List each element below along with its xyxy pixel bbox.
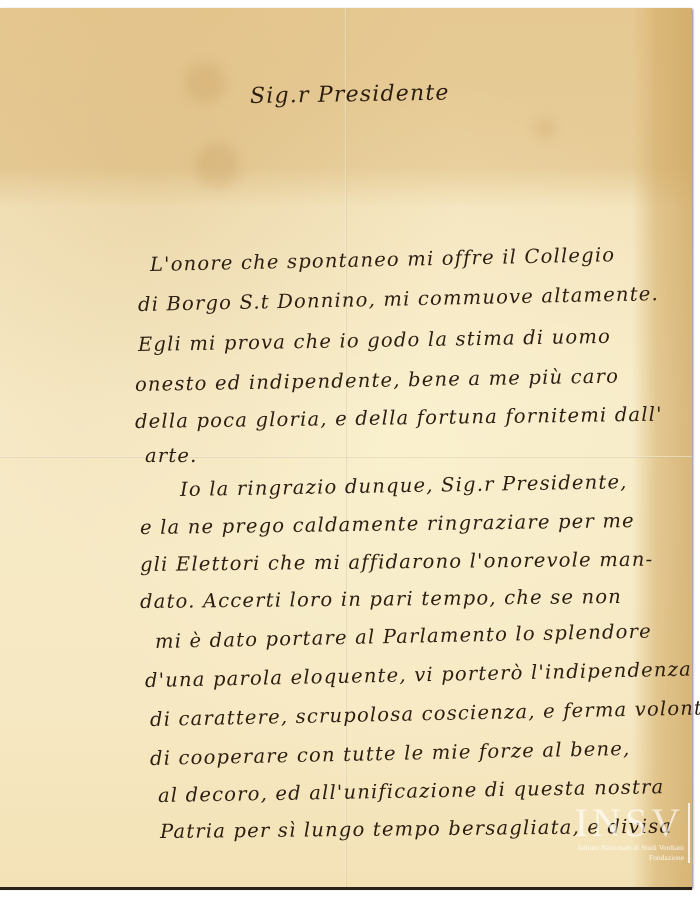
letter-line: mi è dato portare al Parlamento lo splen…: [155, 620, 652, 653]
letter-line: Io la ringrazio dunque, Sig.r Presidente…: [180, 470, 628, 501]
paper-stain: [185, 63, 225, 103]
letter-page: Sig.r Presidente L'onore che spontaneo m…: [0, 8, 692, 888]
letter-line: di carattere, scrupolosa coscienza, e fe…: [150, 696, 700, 731]
salutation: Sig.r Presidente: [250, 81, 450, 109]
paper-stain: [535, 118, 555, 138]
letter-line: onesto ed indipendente, bene a me più ca…: [135, 365, 619, 396]
letter-line: Egli mi prova che io godo la stima di uo…: [138, 325, 611, 356]
letter-line: della poca gloria, e della fortuna forni…: [135, 403, 663, 433]
horizontal-fold-crease: [0, 456, 692, 458]
paper-stain: [195, 143, 240, 188]
letter-line: gli Elettori che mi affidarono l'onorevo…: [140, 548, 654, 576]
letter-line: d'una parola eloquente, vi porterò l'ind…: [145, 658, 692, 692]
letter-line: L'onore che spontaneo mi offre il Colleg…: [150, 243, 616, 276]
letter-line: Patria per sì lungo tempo bersagliata, e…: [160, 815, 673, 843]
letter-line: e la ne prego caldamente ringraziare per…: [140, 509, 635, 539]
watermark-institution-name: Istituto Nazionale di Studi Verdiani: [540, 843, 690, 853]
letter-line: di cooperare con tutte le mie forze al b…: [150, 737, 631, 770]
watermark-foundation-label: Fondazione: [540, 853, 690, 863]
letter-line: arte.: [145, 444, 198, 467]
letter-line: dato. Accerti loro in pari tempo, che se…: [140, 585, 622, 613]
letter-line: di Borgo S.t Donnino, mi commuove altame…: [138, 282, 659, 316]
letter-line: al decoro, ed all'unificazione di questa…: [158, 775, 665, 807]
